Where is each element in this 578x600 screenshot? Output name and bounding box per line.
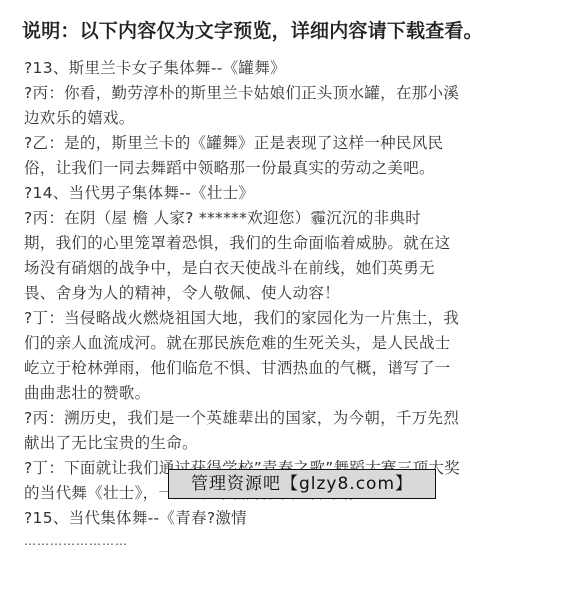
text-line: ?15、当代集体舞--《青春?激情: [24, 506, 564, 531]
text-line: 俗，让我们一同去舞蹈中领略那一份最真实的劳动之美吧。: [24, 156, 564, 181]
text-line: 们的亲人血流成河。就在那民族危难的生死关头，是人民战士: [24, 331, 564, 356]
text-line: 畏、舍身为人的精神，令人敬佩、使人动容！: [24, 281, 564, 306]
text-line: 屹立于枪林弹雨，他们临危不惧、甘洒热血的气概，谱写了一: [24, 356, 564, 381]
text-line: ?丙：溯历史，我们是一个英雄辈出的国家，为今朝，千万先烈: [24, 406, 564, 431]
watermark-banner: 管理资源吧【glzy8.com】: [168, 469, 436, 499]
text-line: ?14、当代男子集体舞--《壮士》: [24, 181, 564, 206]
text-line: 边欢乐的嬉戏。: [24, 106, 564, 131]
ellipsis: ……………………: [24, 531, 564, 551]
preview-notice: 说明：以下内容仅为文字预览，详细内容请下载查看。: [22, 16, 483, 43]
text-line: ?13、斯里兰卡女子集体舞--《罐舞》: [24, 56, 564, 81]
text-line: 献出了无比宝贵的生命。: [24, 431, 564, 456]
text-line: 场没有硝烟的战争中，是白衣天使战斗在前线，她们英勇无: [24, 256, 564, 281]
text-line: ?丙：在阴（屋 檐 人家? ******欢迎您）霾沉沉的非典时: [24, 206, 564, 231]
text-line: ?乙：是的，斯里兰卡的《罐舞》正是表现了这样一种民风民: [24, 131, 564, 156]
text-line: ?丁：当侵略战火燃烧祖国大地，我们的家园化为一片焦土，我: [24, 306, 564, 331]
text-line: 期，我们的心里笼罩着恐惧，我们的生命面临着威胁。就在这: [24, 231, 564, 256]
text-line: ?丙：你看，勤劳淳朴的斯里兰卡姑娘们正头顶水罐，在那小溪: [24, 81, 564, 106]
text-line: 曲曲悲壮的赞歌。: [24, 381, 564, 406]
